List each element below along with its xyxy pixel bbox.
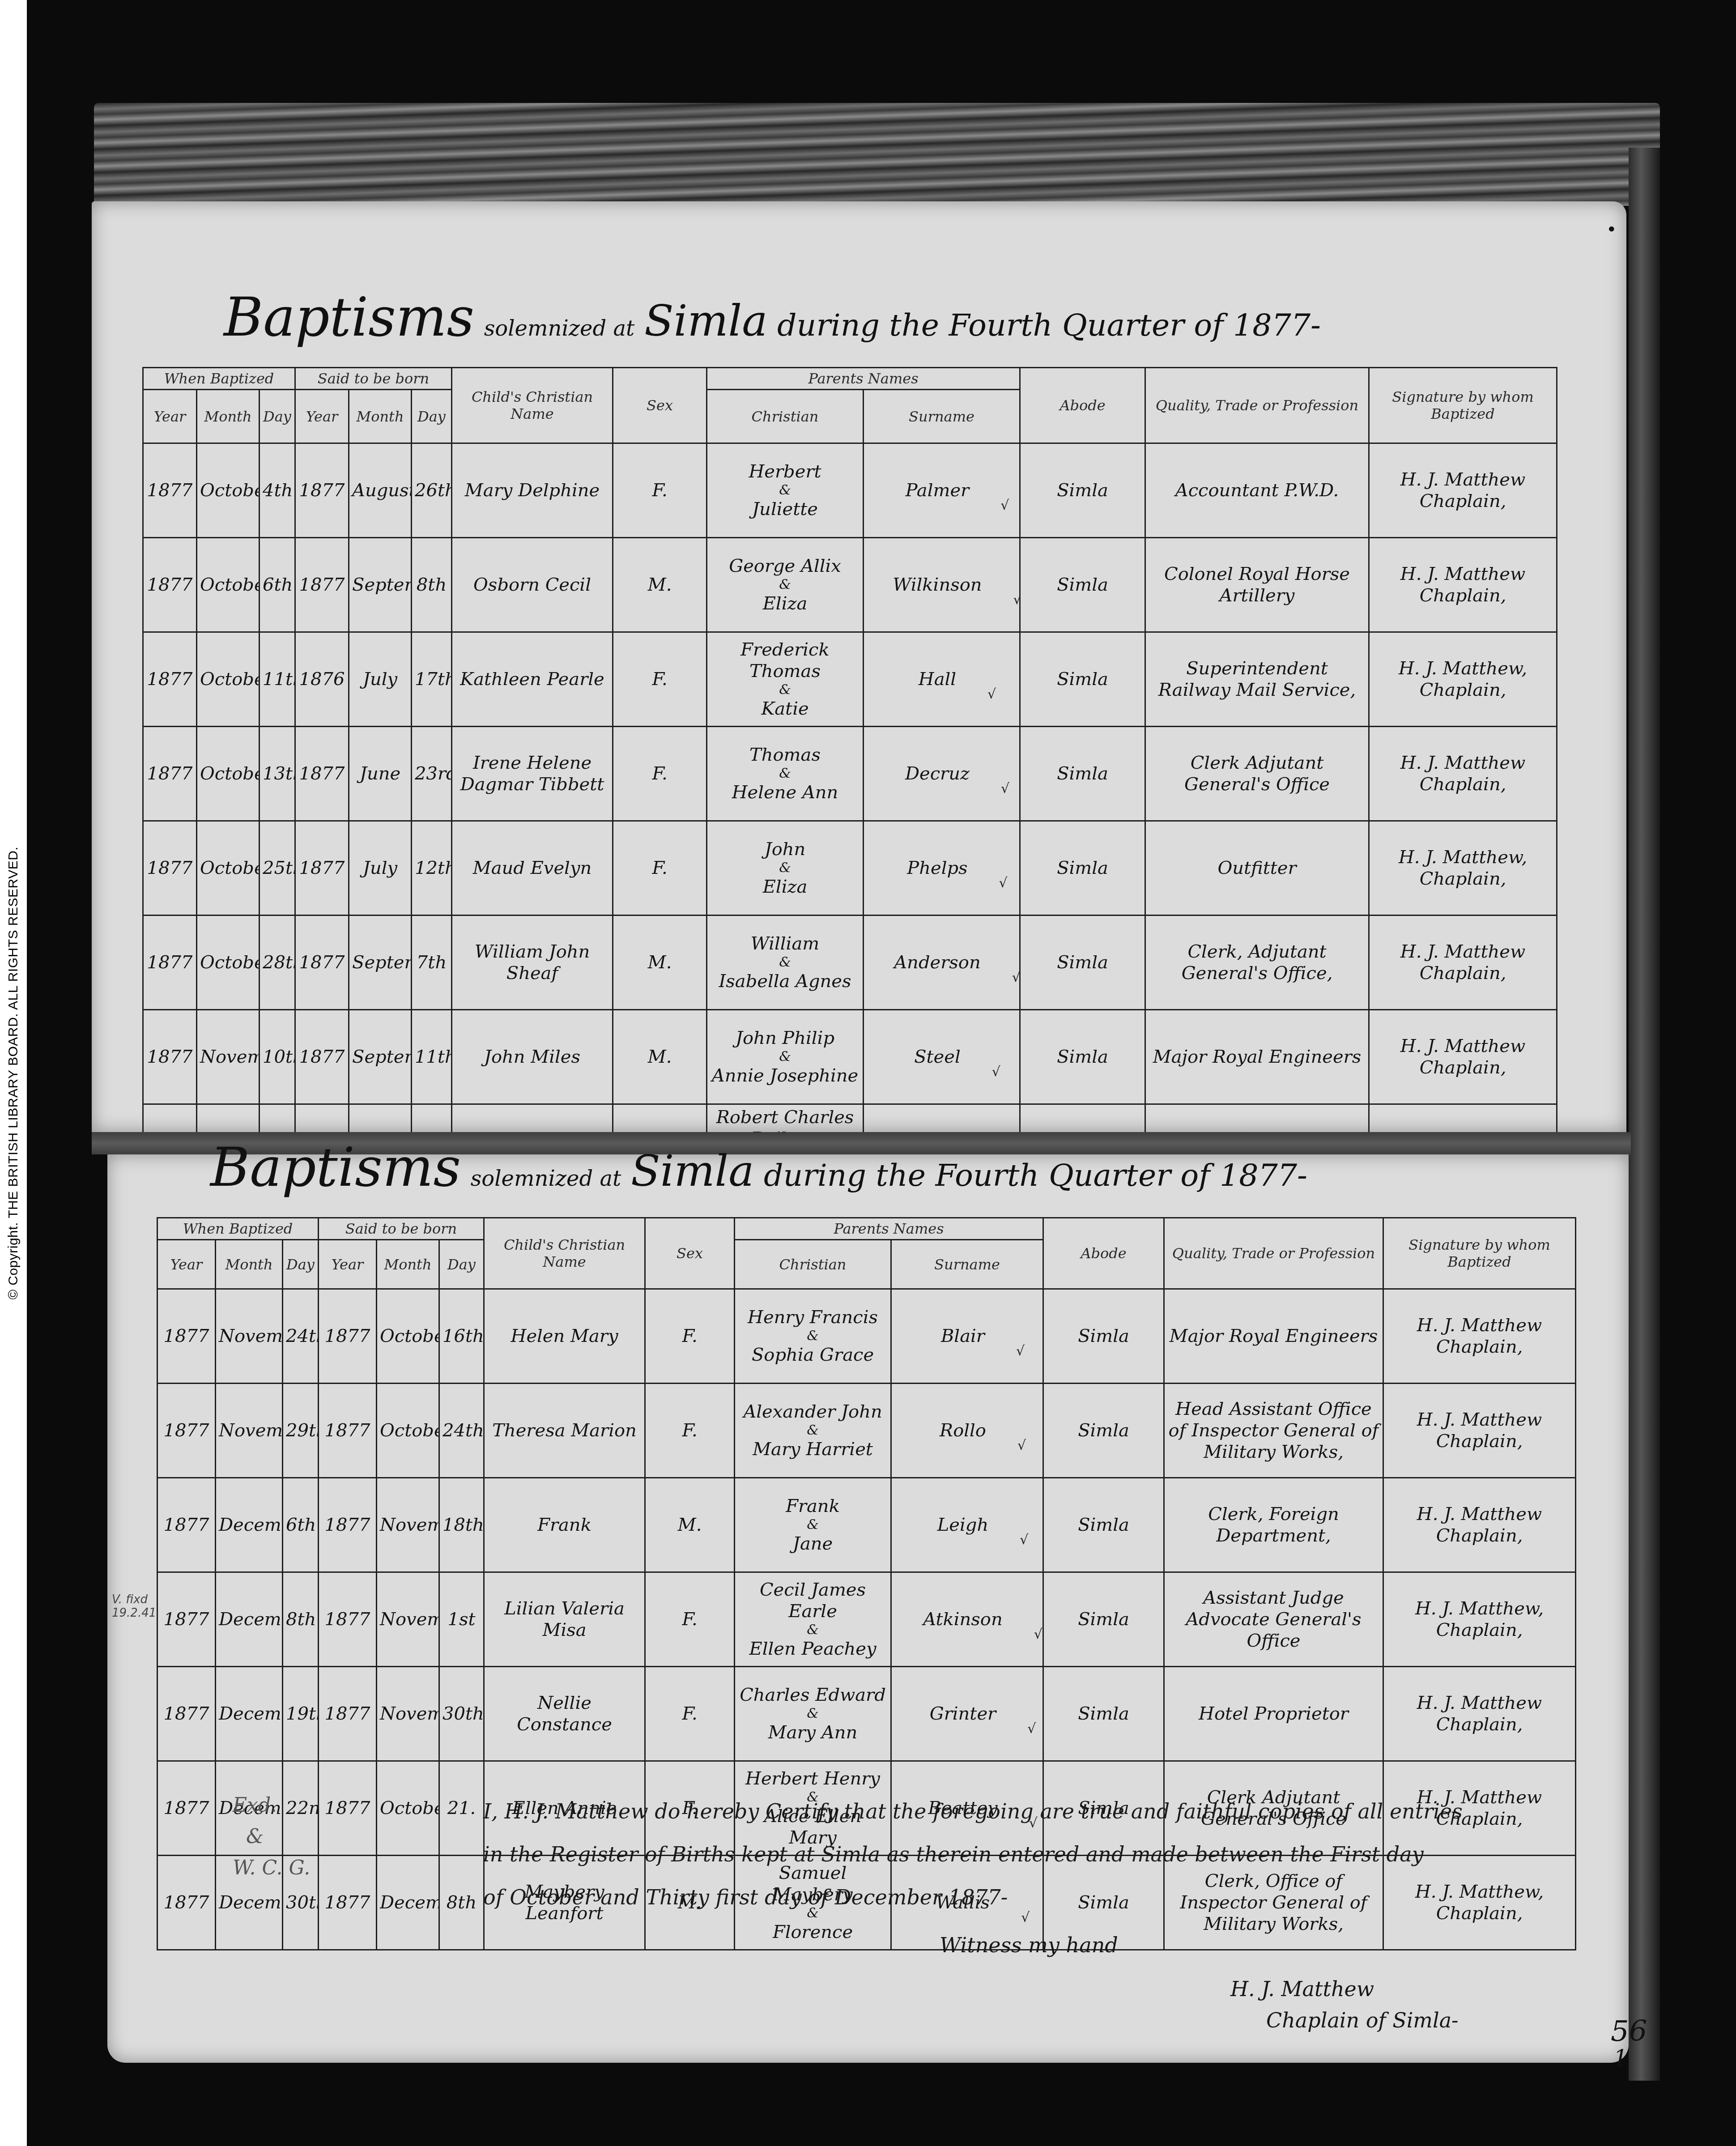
header-parent-christian: Christian [735, 1240, 891, 1289]
baptism-month: October [197, 443, 260, 538]
surname-text: Palmer [906, 480, 969, 501]
child-christian-name: William John Sheaf [452, 915, 613, 1010]
abode: Simla [1020, 443, 1145, 538]
mother-name: Mary Harriet [738, 1439, 888, 1460]
abode: Simla [1043, 1289, 1164, 1384]
birth-year: 1877 [295, 915, 349, 1010]
copyright-text: © Copyright. THE BRITISH LIBRARY BOARD. … [6, 847, 21, 1299]
ampersand: & [710, 482, 860, 498]
header-abode: Abode [1020, 368, 1145, 443]
birth-month: September [349, 1010, 412, 1104]
mother-name: Florence [738, 1921, 888, 1943]
birth-month: November [377, 1667, 439, 1761]
parents-surname: Phelps√ [864, 821, 1020, 915]
parents-christian-names: Frank&Jane [735, 1478, 891, 1572]
baptism-day: 13th [260, 727, 295, 821]
father-name: George Allix [710, 555, 860, 577]
child-sex: F. [613, 632, 707, 727]
witness-line: Witness my hand [940, 1933, 1118, 1957]
baptism-year: 1877 [143, 538, 197, 632]
mother-name: Ellen Peachey [738, 1638, 888, 1660]
baptism-year: 1877 [143, 443, 197, 538]
birth-day: 24th [439, 1384, 484, 1478]
margin-note-line: Exd. [233, 1790, 310, 1821]
header-signature: Signature by whom Baptized [1369, 368, 1557, 443]
profession: Major Royal Engineers [1164, 1289, 1383, 1384]
child-christian-name: Frank [484, 1478, 645, 1572]
pencil-annotation: V. fixd 19.2.41 [112, 1593, 156, 1620]
birth-month: August [349, 443, 412, 538]
birth-year: 1877 [319, 1856, 377, 1950]
table-row: 1877October25th1877July12thMaud EvelynF.… [143, 821, 1557, 915]
check-mark-icon: √ [987, 686, 996, 702]
abode: Simla [1020, 632, 1145, 727]
header-bap-month: Month [197, 390, 260, 443]
baptism-month: November [197, 1010, 260, 1104]
baptism-day: 29th [283, 1384, 319, 1478]
header-childs-name: Child's Christian Name [484, 1218, 645, 1289]
surname-text: Hall [919, 669, 956, 690]
check-mark-icon: √ [1001, 781, 1009, 796]
birth-month: November [377, 1572, 439, 1667]
surname-text: Phelps [907, 858, 967, 878]
father-name: Frederick Thomas [710, 639, 860, 682]
baptism-month: December [216, 1667, 283, 1761]
birth-year: 1877 [295, 727, 349, 821]
parents-surname: Grinter√ [891, 1667, 1043, 1761]
baptism-year: 1877 [143, 821, 197, 915]
copyright-strip: © Copyright. THE BRITISH LIBRARY BOARD. … [0, 0, 27, 2146]
header-born-month: Month [377, 1240, 439, 1289]
surname-text: Leigh [937, 1515, 988, 1535]
profession: Assistant Judge Advocate General's Offic… [1164, 1572, 1383, 1667]
parents-christian-names: William&Isabella Agnes [707, 915, 864, 1010]
baptism-day: 6th [260, 538, 295, 632]
parents-surname: Blair√ [891, 1289, 1043, 1384]
ampersand: & [738, 1517, 888, 1533]
child-sex: M. [613, 915, 707, 1010]
birth-day: 18th [439, 1478, 484, 1572]
mother-name: Eliza [710, 593, 860, 614]
profession: Accountant P.W.D. [1145, 443, 1369, 538]
table-row: 1877October11th1876July17thKathleen Pear… [143, 632, 1557, 727]
father-name: Cecil James Earle [738, 1579, 888, 1622]
baptism-day: 6th [283, 1478, 319, 1572]
profession: Superintendent Railway Mail Service, [1145, 632, 1369, 727]
certificate-line: I, H. J. Matthew do hereby Certify that … [483, 1790, 1593, 1833]
pencil-note-line: 19.2.41 [112, 1606, 156, 1620]
header-said-to-be-born: Said to be born [319, 1218, 484, 1240]
mother-name: Sophia Grace [738, 1344, 888, 1366]
birth-month: October [377, 1289, 439, 1384]
baptism-month: November [216, 1289, 283, 1384]
header-parents-names: Parents Names [707, 368, 1020, 390]
check-mark-icon: √ [1000, 498, 1009, 513]
child-sex: F. [613, 727, 707, 821]
child-sex: M. [613, 1010, 707, 1104]
surname-text: Anderson [894, 952, 980, 973]
birth-year: 1877 [295, 1010, 349, 1104]
child-christian-name: Theresa Marion [484, 1384, 645, 1478]
surname-text: Steel [914, 1047, 961, 1067]
abode: Simla [1020, 538, 1145, 632]
child-sex: M. [613, 538, 707, 632]
baptism-year: 1877 [143, 915, 197, 1010]
birth-day: 16th [439, 1289, 484, 1384]
birth-year: 1877 [319, 1384, 377, 1478]
header-profession: Quality, Trade or Profession [1164, 1218, 1383, 1289]
baptism-month: October [197, 821, 260, 915]
parents-christian-names: George Allix&Eliza [707, 538, 864, 632]
check-mark-icon: √ [1027, 1721, 1036, 1737]
baptism-year: 1877 [157, 1667, 216, 1761]
surname-text: Atkinson [923, 1609, 1002, 1630]
baptism-year: 1877 [157, 1289, 216, 1384]
header-born-year: Year [295, 390, 349, 443]
table-row: 1877October4th1877August26thMary Delphin… [143, 443, 1557, 538]
mother-name: Katie [710, 698, 860, 720]
title-rest: during the Fourth Quarter of 1877- [777, 308, 1321, 343]
birth-day: 30th [439, 1667, 484, 1761]
birth-day: 8th [412, 538, 452, 632]
surname-text: Wilkinson [893, 575, 982, 595]
surname-text: Grinter [930, 1703, 996, 1724]
child-sex: F. [613, 821, 707, 915]
header-bap-day: Day [260, 390, 295, 443]
birth-month: September [349, 915, 412, 1010]
header-bap-year: Year [157, 1240, 216, 1289]
parents-surname: Palmer√ [864, 443, 1020, 538]
ampersand: & [710, 1049, 860, 1065]
birth-month: June [349, 727, 412, 821]
birth-day: 17th [412, 632, 452, 727]
surname-text: Decruz [905, 763, 970, 784]
baptism-month: October [197, 632, 260, 727]
parents-surname: Decruz√ [864, 727, 1020, 821]
header-parent-christian: Christian [707, 390, 864, 443]
table-row: 1877December6th1877November18thFrankM.Fr… [157, 1478, 1576, 1572]
parents-christian-names: Charles Edward&Mary Ann [735, 1667, 891, 1761]
check-mark-icon: √ [1020, 1532, 1028, 1548]
profession: Clerk, Foreign Department, [1164, 1478, 1383, 1572]
header-parents-names: Parents Names [735, 1218, 1043, 1240]
father-name: John Philip [710, 1027, 860, 1049]
margin-note-line: & [233, 1821, 310, 1852]
baptism-year: 1877 [157, 1572, 216, 1667]
baptism-month: December [216, 1478, 283, 1572]
ampersand: & [738, 1328, 888, 1344]
check-mark-icon: √ [1016, 1343, 1025, 1359]
folio-sub: 1 [1611, 2045, 1647, 2072]
abode: Simla [1020, 821, 1145, 915]
check-mark-icon: √ [1034, 1627, 1042, 1642]
check-mark-icon: √ [1012, 970, 1020, 985]
parents-christian-names: John&Eliza [707, 821, 864, 915]
birth-month: September [349, 538, 412, 632]
table-row: 1877December19th1877November30thNellie C… [157, 1667, 1576, 1761]
header-when-baptized: When Baptized [143, 368, 295, 390]
ampersand: & [710, 577, 860, 593]
check-mark-icon: √ [1017, 1438, 1026, 1453]
baptism-month: December [216, 1572, 283, 1667]
book-page-edges [94, 103, 1660, 206]
header-abode: Abode [1043, 1218, 1164, 1289]
birth-year: 1877 [319, 1572, 377, 1667]
parents-surname: Wilkinson√ [864, 538, 1020, 632]
signature-title: Chaplain of Simla- [1230, 2005, 1459, 2036]
child-sex: M. [645, 1478, 735, 1572]
profession: Clerk, Adjutant General's Office, [1145, 915, 1369, 1010]
baptism-day: 8th [283, 1572, 319, 1667]
title-place: Simla [631, 1146, 754, 1196]
table-row: 1877November24th1877October16thHelen Mar… [157, 1289, 1576, 1384]
header-born-month: Month [349, 390, 412, 443]
baptized-by-signature: H. J. Matthew, Chaplain, [1369, 632, 1557, 727]
father-name: Alexander John [738, 1401, 888, 1422]
baptism-day: 28th [260, 915, 295, 1010]
birth-year: 1877 [319, 1667, 377, 1761]
child-christian-name: Kathleen Pearle [452, 632, 613, 727]
ampersand: & [738, 1706, 888, 1722]
birth-month: October [377, 1384, 439, 1478]
father-name: Frank [738, 1495, 888, 1517]
mother-name: Mary Ann [738, 1722, 888, 1743]
abode: Simla [1043, 1667, 1164, 1761]
child-sex: F. [645, 1572, 735, 1667]
birth-month: July [349, 632, 412, 727]
header-bap-month: Month [216, 1240, 283, 1289]
baptism-year: 1877 [143, 1010, 197, 1104]
birth-day: 1st [439, 1572, 484, 1667]
birth-month: December [377, 1856, 439, 1950]
abode: Simla [1020, 915, 1145, 1010]
surname-text: Blair [941, 1326, 985, 1346]
child-christian-name: Irene Helene Dagmar Tibbett [452, 727, 613, 821]
baptism-day: 19th [283, 1667, 319, 1761]
baptism-month: October [197, 538, 260, 632]
baptized-by-signature: H. J. Matthew Chaplain, [1369, 915, 1557, 1010]
parents-christian-names: John Philip&Annie Josephine [707, 1010, 864, 1104]
profession: Colonel Royal Horse Artillery [1145, 538, 1369, 632]
child-christian-name: Lilian Valeria Misa [484, 1572, 645, 1667]
mother-name: Helene Ann [710, 782, 860, 803]
profession: Outfitter [1145, 821, 1369, 915]
baptized-by-signature: H. J. Matthew Chaplain, [1369, 443, 1557, 538]
child-christian-name: Helen Mary [484, 1289, 645, 1384]
certificate-text: I, H. J. Matthew do hereby Certify that … [483, 1790, 1593, 1919]
surname-text: Rollo [940, 1420, 986, 1441]
title-solemnized: solemnized at [471, 1166, 621, 1191]
parents-christian-names: Herbert&Juliette [707, 443, 864, 538]
baptism-day: 25th [260, 821, 295, 915]
child-christian-name: Maud Evelyn [452, 821, 613, 915]
father-name: Herbert [710, 461, 860, 482]
birth-year: 1877 [319, 1478, 377, 1572]
parents-surname: Hall√ [864, 632, 1020, 727]
ampersand: & [710, 766, 860, 782]
baptized-by-signature: H. J. Matthew Chaplain, [1369, 727, 1557, 821]
header-born-year: Year [319, 1240, 377, 1289]
header-childs-name: Child's Christian Name [452, 368, 613, 443]
child-sex: F. [613, 443, 707, 538]
certificate-line: in the Register of Births kept at Simla … [483, 1833, 1593, 1876]
table-row: 1877October6th1877September8thOsborn Cec… [143, 538, 1557, 632]
father-name: Herbert Henry [738, 1768, 888, 1789]
abode: Simla [1020, 727, 1145, 821]
page-title-bottom: Baptisms solemnized at Simla during the … [210, 1137, 1307, 1199]
folio-main: 56 [1611, 2018, 1647, 2045]
check-mark-icon: √ [999, 875, 1008, 891]
ampersand: & [738, 1422, 888, 1439]
birth-day: 12th [412, 821, 452, 915]
baptism-month: November [216, 1384, 283, 1478]
header-sex: Sex [645, 1218, 735, 1289]
header-parent-surname: Surname [891, 1240, 1043, 1289]
baptism-year: 1877 [143, 632, 197, 727]
child-christian-name: Osborn Cecil [452, 538, 613, 632]
certificate-line: of October and Thirty first day of Decem… [483, 1876, 1593, 1919]
father-name: John [710, 839, 860, 860]
header-parent-surname: Surname [864, 390, 1020, 443]
title-baptisms: Baptisms [224, 286, 474, 349]
book-right-edge [1629, 148, 1660, 2081]
table-row: 1877November29th1877October24thTheresa M… [157, 1384, 1576, 1478]
child-christian-name: Mary Delphine [452, 443, 613, 538]
child-sex: F. [645, 1289, 735, 1384]
profession: Major Royal Engineers [1145, 1010, 1369, 1104]
baptized-by-signature: H. J. Matthew Chaplain, [1383, 1289, 1576, 1384]
baptized-by-signature: H. J. Matthew, Chaplain, [1369, 821, 1557, 915]
header-born-day: Day [439, 1240, 484, 1289]
birth-day: 8th [439, 1856, 484, 1950]
child-sex: F. [645, 1384, 735, 1478]
baptism-year: 1877 [157, 1478, 216, 1572]
birth-day: 7th [412, 915, 452, 1010]
margin-note-line: W. C. G. [233, 1852, 310, 1884]
birth-day: 11th [412, 1010, 452, 1104]
baptized-by-signature: H. J. Matthew Chaplain, [1369, 538, 1557, 632]
birth-year: 1876 [295, 632, 349, 727]
table-row: 1877October13th1877June23rdIrene Helene … [143, 727, 1557, 821]
check-mark-icon: √ [992, 1064, 1000, 1080]
baptism-day: 24th [283, 1289, 319, 1384]
page-title-top: Baptisms solemnized at Simla during the … [224, 286, 1321, 349]
mother-name: Jane [738, 1533, 888, 1554]
baptism-day: 4th [260, 443, 295, 538]
baptized-by-signature: H. J. Matthew Chaplain, [1383, 1667, 1576, 1761]
mother-name: Isabella Agnes [710, 971, 860, 992]
birth-year: 1877 [295, 443, 349, 538]
table-row: 1877December8th1877November1stLilian Val… [157, 1572, 1576, 1667]
mother-name: Eliza [710, 876, 860, 898]
table-row: 1877November10th1877September11thJohn Mi… [143, 1010, 1557, 1104]
profession: Clerk Adjutant General's Office [1145, 727, 1369, 821]
father-name: William [710, 933, 860, 954]
parents-surname: Atkinson√ [891, 1572, 1043, 1667]
baptism-year: 1877 [157, 1384, 216, 1478]
parents-christian-names: Alexander John&Mary Harriet [735, 1384, 891, 1478]
child-christian-name: John Miles [452, 1010, 613, 1104]
title-place: Simla [644, 296, 767, 346]
title-solemnized: solemnized at [484, 316, 635, 341]
mother-name: Annie Josephine [710, 1065, 860, 1086]
abode: Simla [1020, 1010, 1145, 1104]
birth-year: 1877 [319, 1761, 377, 1856]
check-mark-icon: √ [1013, 592, 1020, 608]
parents-surname: Leigh√ [891, 1478, 1043, 1572]
folio-number: 56 1 [1611, 2018, 1647, 2072]
child-sex: F. [645, 1667, 735, 1761]
header-bap-year: Year [143, 390, 197, 443]
birth-day: 21. [439, 1761, 484, 1856]
parents-surname: Rollo√ [891, 1384, 1043, 1478]
baptism-month: October [197, 727, 260, 821]
birth-month: October [377, 1761, 439, 1856]
baptized-by-signature: H. J. Matthew Chaplain, [1369, 1010, 1557, 1104]
ampersand: & [738, 1622, 888, 1638]
ampersand: & [710, 860, 860, 876]
baptized-by-signature: H. J. Matthew Chaplain, [1383, 1384, 1576, 1478]
title-baptisms: Baptisms [210, 1137, 461, 1199]
baptized-by-signature: H. J. Matthew Chaplain, [1383, 1478, 1576, 1572]
header-signature: Signature by whom Baptized [1383, 1218, 1576, 1289]
child-christian-name: Nellie Constance [484, 1667, 645, 1761]
chaplain-signature: H. J. Matthew Chaplain of Simla- [1230, 1973, 1459, 2036]
profession: Hotel Proprietor [1164, 1667, 1383, 1761]
baptism-year: 1877 [143, 727, 197, 821]
baptized-by-signature: H. J. Matthew, Chaplain, [1383, 1572, 1576, 1667]
father-name: Charles Edward [738, 1684, 888, 1706]
pencil-note-line: V. fixd [112, 1593, 156, 1606]
parents-christian-names: Cecil James Earle&Ellen Peachey [735, 1572, 891, 1667]
baptism-year: 1877 [157, 1761, 216, 1856]
birth-month: July [349, 821, 412, 915]
profession: Head Assistant Office of Inspector Gener… [1164, 1384, 1383, 1478]
abode: Simla [1043, 1572, 1164, 1667]
signature-name: H. J. Matthew [1230, 1973, 1459, 2005]
birth-month: November [377, 1478, 439, 1572]
birth-day: 23rd [412, 727, 452, 821]
baptism-month: October [197, 915, 260, 1010]
abode: Simla [1043, 1384, 1164, 1478]
ampersand: & [710, 682, 860, 698]
baptism-year: 1877 [157, 1856, 216, 1950]
header-when-baptized: When Baptized [157, 1218, 319, 1240]
abode: Simla [1043, 1478, 1164, 1572]
birth-year: 1877 [319, 1289, 377, 1384]
ampersand: & [710, 954, 860, 971]
birth-day: 26th [412, 443, 452, 538]
margin-examined-note: Exd. & W. C. G. [233, 1790, 310, 1884]
parents-christian-names: Thomas&Helene Ann [707, 727, 864, 821]
header-profession: Quality, Trade or Profession [1145, 368, 1369, 443]
parents-surname: Steel√ [864, 1010, 1020, 1104]
table-row: 1877October28th1877September7thWilliam J… [143, 915, 1557, 1010]
header-born-day: Day [412, 390, 452, 443]
mother-name: Juliette [710, 498, 860, 520]
birth-year: 1877 [295, 821, 349, 915]
parents-surname: Anderson√ [864, 915, 1020, 1010]
baptism-day: 10th [260, 1010, 295, 1104]
baptism-day: 11th [260, 632, 295, 727]
father-name: Henry Francis [738, 1307, 888, 1328]
title-rest: during the Fourth Quarter of 1877- [764, 1158, 1307, 1193]
parents-christian-names: Frederick Thomas&Katie [707, 632, 864, 727]
header-sex: Sex [613, 368, 707, 443]
parents-christian-names: Henry Francis&Sophia Grace [735, 1289, 891, 1384]
father-name: Thomas [710, 744, 860, 766]
header-bap-day: Day [283, 1240, 319, 1289]
